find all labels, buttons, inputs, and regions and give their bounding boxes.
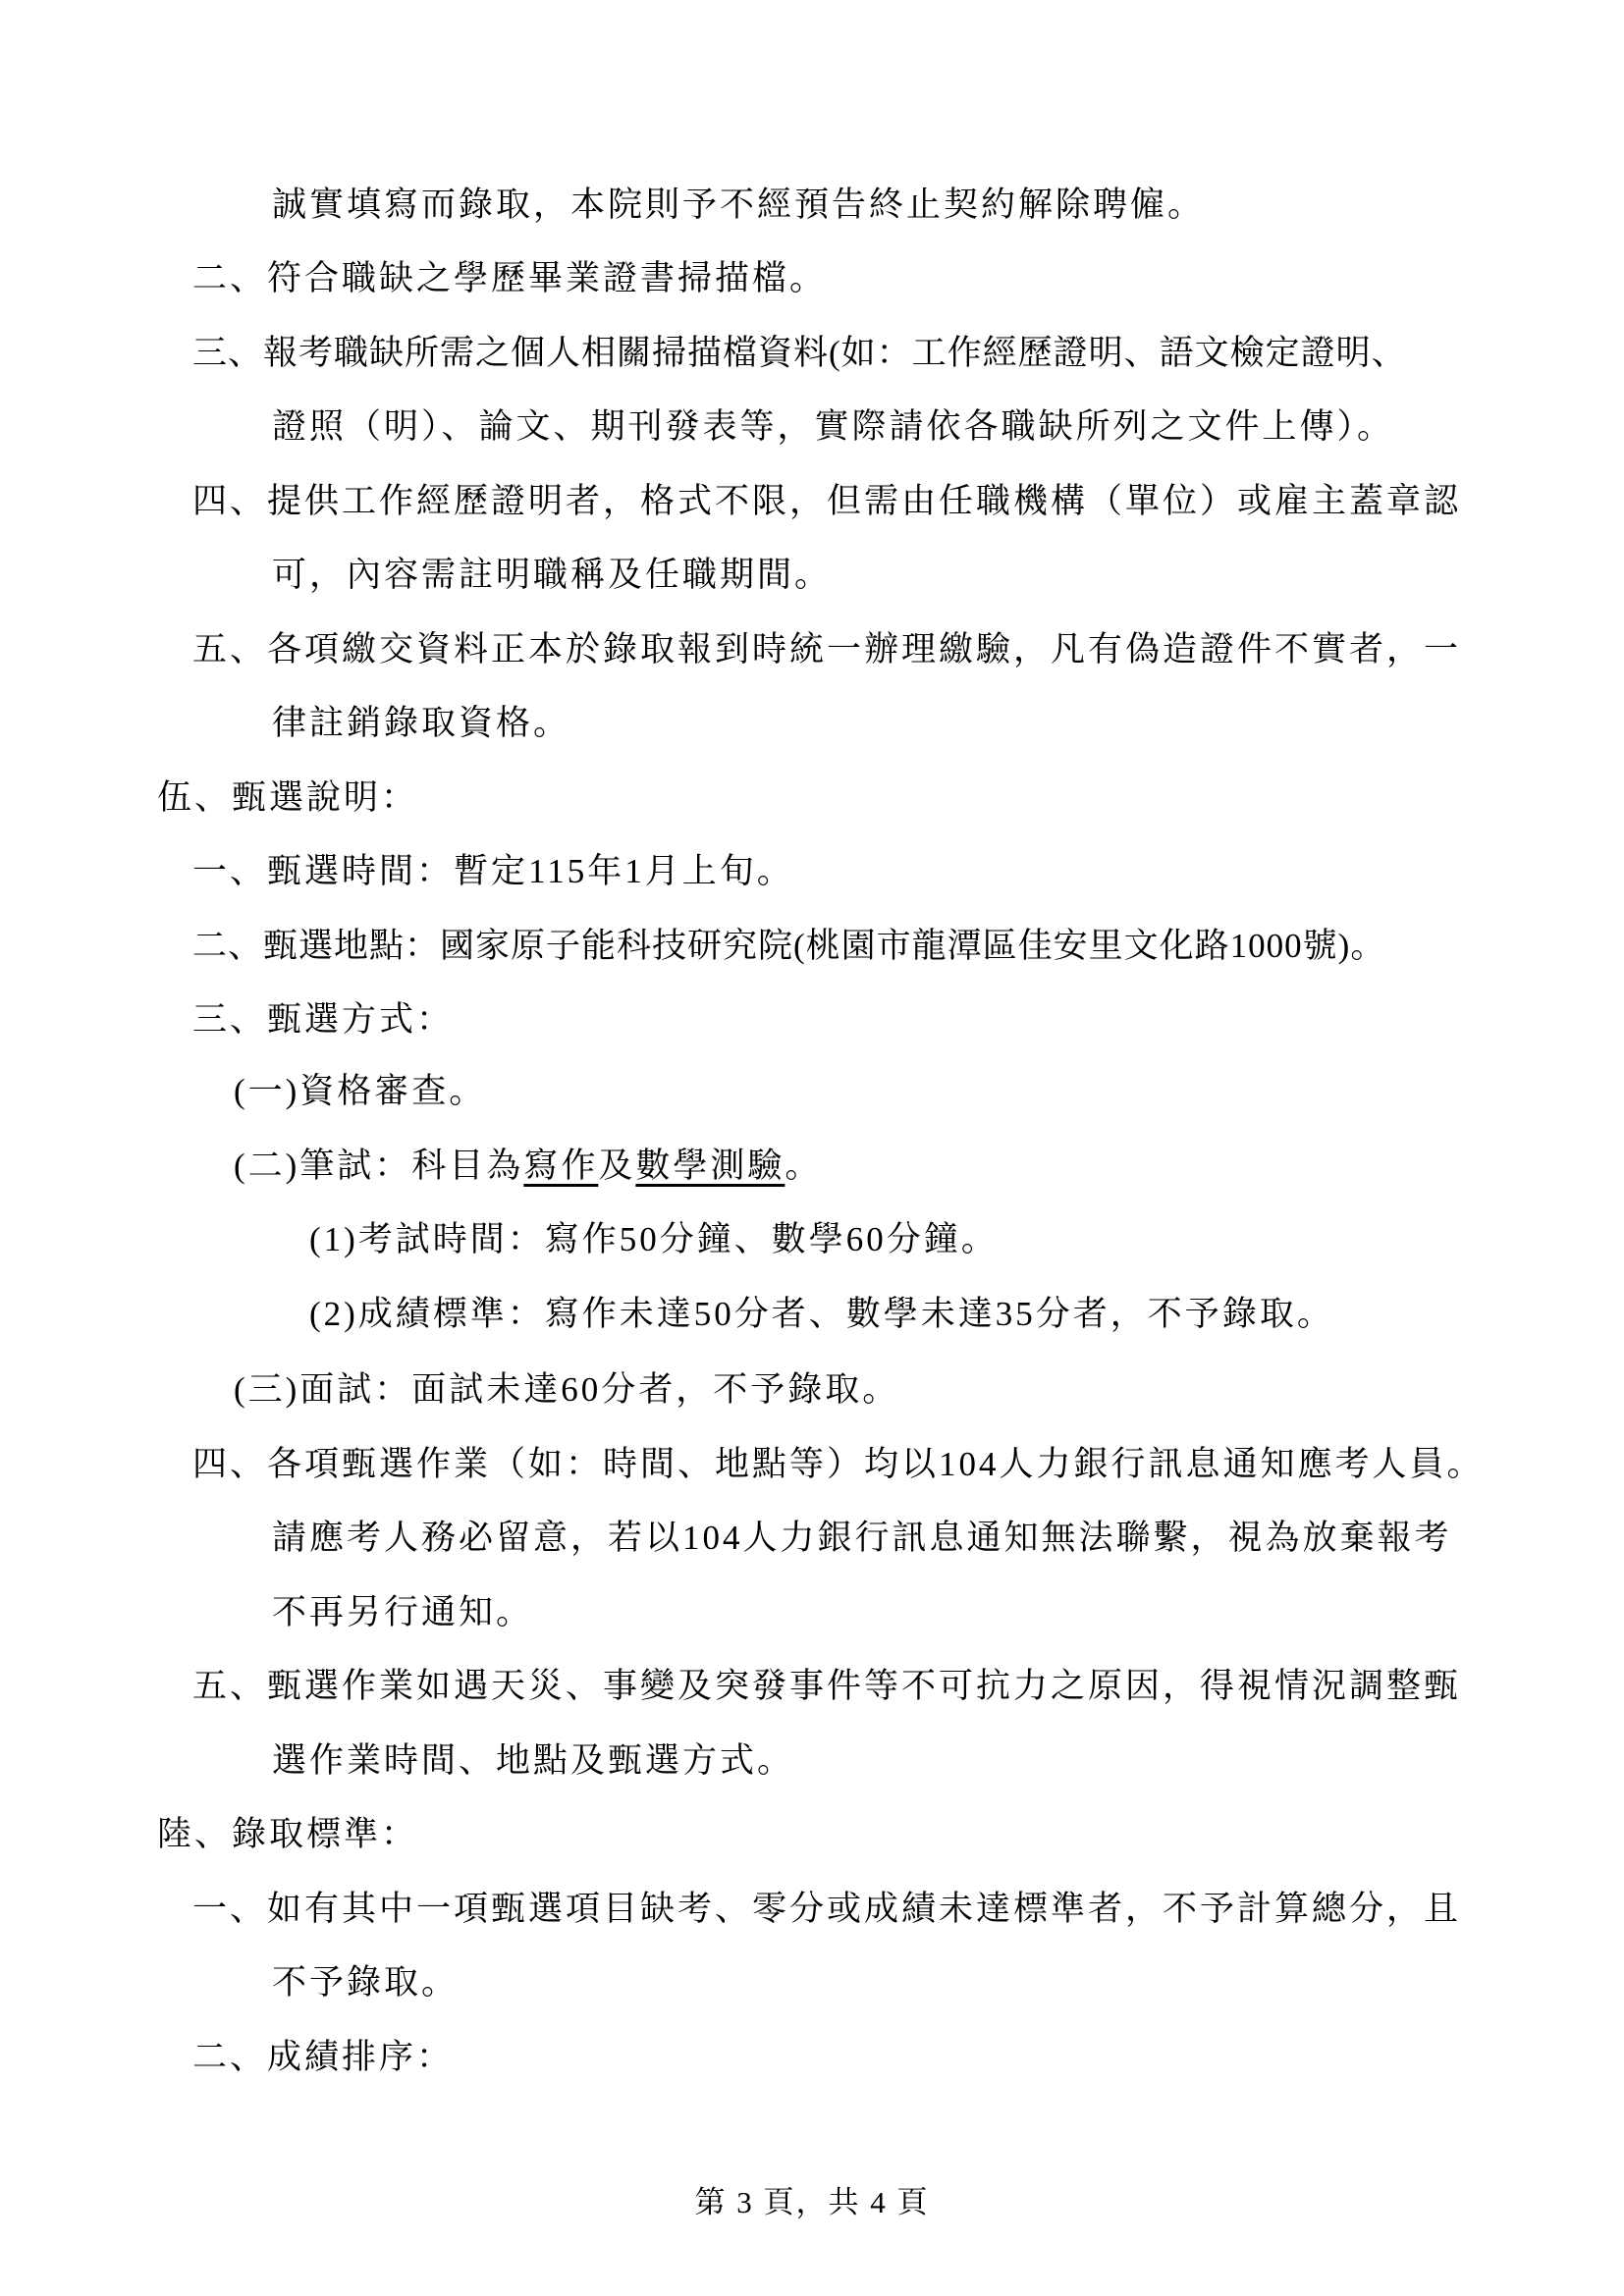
text-line-continuation: 不再另行通知。 — [272, 1591, 533, 1634]
sub-item-interview: (三)面試：面試未達60分者，不予錄取。 — [234, 1368, 899, 1412]
section-heading-6: 陸、錄取標準： — [157, 1813, 418, 1856]
list-item-2: 二、符合職缺之學歷畢業證書掃描檔。 — [192, 257, 827, 300]
list-item-4: 四、提供工作經歷證明者，格式不限，但需由任職機構（單位）或雇主蓋章認 — [192, 480, 1461, 523]
list-item-force-majeure: 五、甄選作業如遇天災、事變及突發事件等不可抗力之原因，得視情況調整甄 — [192, 1665, 1461, 1708]
underlined-subject-writing: 寫作 — [523, 1147, 598, 1185]
section-heading-5: 伍、甄選說明： — [157, 776, 418, 820]
list-item-selection-time: 一、甄選時間：暫定115年1月上旬。 — [192, 850, 794, 893]
list-item-5: 五、各項繳交資料正本於錄取報到時統一辦理繳驗，凡有偽造證件不實者，一 — [192, 628, 1461, 671]
sub-item-qualification-review: (一)資格審查。 — [234, 1070, 486, 1113]
list-item-selection-place: 二、甄選地點：國家原子能科技研究院(桃園市龍潭區佳安里文化路1000號)。 — [192, 925, 1385, 968]
list-item-selection-method: 三、甄選方式： — [192, 998, 454, 1041]
list-item-score-ranking: 二、成績排序： — [192, 2036, 454, 2079]
text-line-continuation: 不予錄取。 — [272, 1961, 459, 2004]
text-line-continuation: 請應考人務必留意，若以104人力銀行訊息通知無法聯繫，視為放棄報考 — [272, 1517, 1452, 1560]
sub-sub-item-score-standard: (2)成績標準：寫作未達50分者、數學未達35分者，不予錄取。 — [309, 1293, 1334, 1336]
underlined-subject-math: 數學測驗 — [635, 1147, 785, 1185]
written-test-and: 及 — [598, 1147, 635, 1185]
list-item-admission-rule: 一、如有其中一項甄選項目缺考、零分或成績未達標準者，不予計算總分，且 — [192, 1888, 1461, 1931]
text-line-continuation: 律註銷錄取資格。 — [272, 702, 570, 745]
list-item-notification: 四、各項甄選作業（如：時間、地點等）均以104人力銀行訊息通知應考人員。 — [192, 1443, 1485, 1486]
page-footer: 第 3 頁，共 4 頁 — [0, 2177, 1624, 2221]
list-item-3: 三、報考職缺所需之個人相關掃描檔資料(如：工作經歷證明、語文檢定證明、 — [192, 332, 1407, 375]
written-test-prefix: (二)筆試：科目為 — [234, 1147, 523, 1185]
sub-item-written-test: (二)筆試：科目為寫作及數學測驗。 — [234, 1145, 822, 1188]
text-line-continuation: 誠實填寫而錄取，本院則予不經預告終止契約解除聘僱。 — [272, 184, 1205, 227]
sub-sub-item-exam-time: (1)考試時間：寫作50分鐘、數學60分鐘。 — [309, 1218, 999, 1261]
text-line-continuation: 可，內容需註明職稱及任職期間。 — [272, 554, 832, 597]
text-line-continuation: 證照（明）、論文、期刊發表等，實際請依各職缺所列之文件上傳）。 — [272, 405, 1394, 449]
text-line-continuation: 選作業時間、地點及甄選方式。 — [272, 1739, 794, 1783]
written-test-suffix: 。 — [785, 1147, 822, 1185]
document-page: 誠實填寫而錄取，本院則予不經預告終止契約解除聘僱。 二、符合職缺之學歷畢業證書掃… — [0, 0, 1624, 2296]
